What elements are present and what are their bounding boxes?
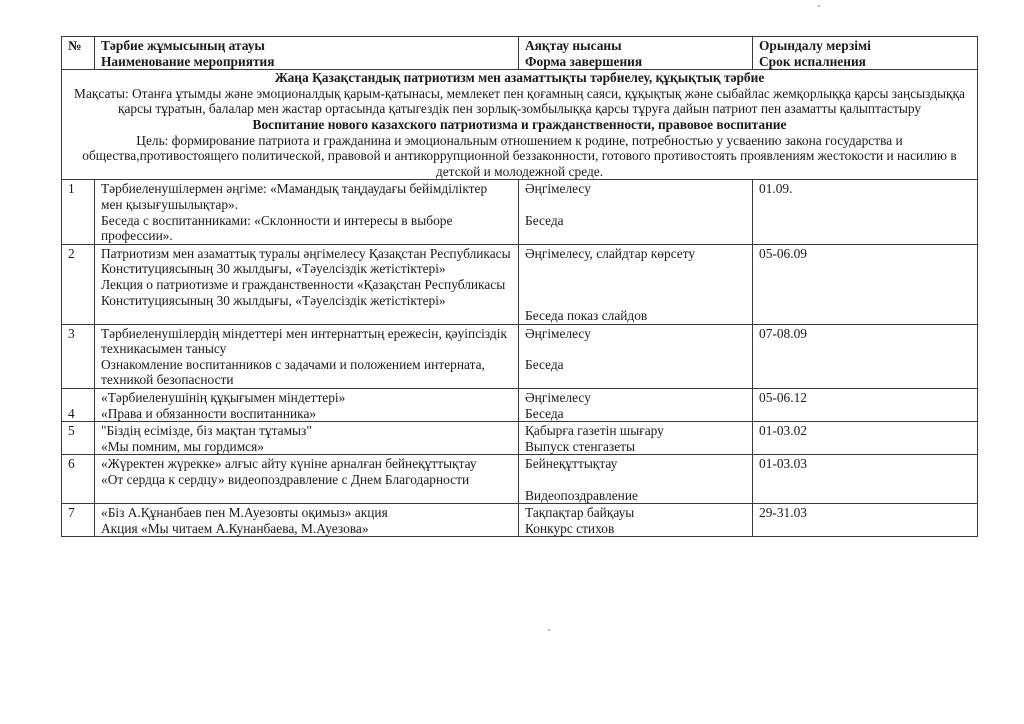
row-form: Әңгімелесу Беседа	[519, 180, 753, 244]
row-form-ru: Видеопоздравление	[525, 488, 746, 504]
row-form: Қабырға газетін шығару Выпуск стенгазеты	[519, 422, 753, 455]
row-date: 07-08.09	[753, 324, 978, 388]
table-row: 3 Тәрбиеленушілердің міндеттері мен инте…	[62, 324, 978, 388]
header-num: №	[62, 37, 95, 70]
row-name-kz: "Біздің есімізде, біз мақтан тұтамыз"	[101, 423, 512, 439]
row-form-ru: Выпуск стенгазеты	[525, 439, 746, 455]
scan-speck	[548, 629, 550, 631]
row-num: 5	[62, 422, 95, 455]
row-name-kz: «Біз А.Құнанбаев пен М.Ауезовты оқимыз» …	[101, 505, 512, 521]
row-form: Тақпақтар байқауы Конкурс стихов	[519, 504, 753, 537]
header-date-ru: Срок испалнения	[759, 54, 971, 70]
row-num: 1	[62, 180, 95, 244]
row-form-kz: Қабырға газетін шығару	[525, 423, 746, 439]
header-form-kz: Аяқтау нысаны	[525, 38, 746, 54]
row-name: «Біз А.Құнанбаев пен М.Ауезовты оқимыз» …	[95, 504, 519, 537]
row-name: Патриотизм мен азаматтық туралы әңгімеле…	[95, 244, 519, 324]
document-page: № Тәрбие жұмысының атауы Наименование ме…	[61, 36, 977, 537]
header-name: Тәрбие жұмысының атауы Наименование меро…	[95, 37, 519, 70]
row-name-ru: Акция «Мы читаем А.Кунанбаева, М.Ауезова…	[101, 521, 512, 537]
table-row: 1 Тәрбиеленушілермен әңгіме: «Мамандық т…	[62, 180, 978, 244]
section-title-ru: Воспитание нового казахского патриотизма…	[70, 117, 969, 133]
row-name-kz: «Жүректен жүрекке» алғыс айту күніне арн…	[101, 456, 512, 472]
row-form-kz: Әңгімелесу	[525, 326, 746, 342]
row-name: "Біздің есімізде, біз мақтан тұтамыз" «М…	[95, 422, 519, 455]
row-form: Әңгімелесу Беседа	[519, 389, 753, 422]
row-form-kz: Тақпақтар байқауы	[525, 505, 746, 521]
header-form: Аяқтау нысаны Форма завершения	[519, 37, 753, 70]
header-date: Орындалу мерзімі Срок испалнения	[753, 37, 978, 70]
row-name-ru: Беседа с воспитанниками: «Склонности и и…	[101, 213, 512, 244]
table-row: 7 «Біз А.Құнанбаев пен М.Ауезовты оқимыз…	[62, 504, 978, 537]
row-num: 2	[62, 244, 95, 324]
row-form-ru: Беседа показ слайдов	[525, 308, 746, 324]
section-title-kz: Жаңа Қазақстандық патриотизм мен азаматт…	[70, 70, 969, 86]
table-row: 4 «Тәрбиеленушінің құқығымен міндеттері»…	[62, 389, 978, 422]
scan-speck	[818, 5, 820, 7]
row-num: 4	[62, 389, 95, 422]
table-row: 5 "Біздің есімізде, біз мақтан тұтамыз" …	[62, 422, 978, 455]
row-form: Әңгімелесу, слайдтар көрсету Беседа пока…	[519, 244, 753, 324]
row-num: 7	[62, 504, 95, 537]
section-row: Жаңа Қазақстандық патриотизм мен азаматт…	[62, 70, 978, 180]
row-form-ru: Беседа	[525, 357, 746, 373]
header-form-ru: Форма завершения	[525, 54, 746, 70]
row-name: Тәрбиеленушілермен әңгіме: «Мамандық таң…	[95, 180, 519, 244]
table-header-row: № Тәрбие жұмысының атауы Наименование ме…	[62, 37, 978, 70]
row-form-ru: Беседа	[525, 213, 746, 229]
header-date-kz: Орындалу мерзімі	[759, 38, 971, 54]
row-date: 01.09.	[753, 180, 978, 244]
row-date: 01-03.02	[753, 422, 978, 455]
row-date: 05-06.09	[753, 244, 978, 324]
events-table: № Тәрбие жұмысының атауы Наименование ме…	[61, 36, 978, 537]
row-name: «Тәрбиеленушінің құқығымен міндеттері» «…	[95, 389, 519, 422]
row-form-kz: Әңгімелесу	[525, 181, 746, 197]
row-name-ru: Лекция о патриотизме и гражданственности…	[101, 277, 512, 308]
row-name-ru: «От сердца к сердцу» видеопоздравление с…	[101, 472, 512, 488]
section-goal-ru: Цель: формирование патриота и гражданина…	[70, 133, 969, 180]
row-name-ru: «Права и обязанности воспитанника»	[101, 406, 512, 422]
row-form-kz: Әңгімелесу, слайдтар көрсету	[525, 246, 746, 262]
row-form-ru: Беседа	[525, 406, 746, 422]
row-name: Тәрбиеленушілердің міндеттері мен интерн…	[95, 324, 519, 388]
row-form-kz: Әңгімелесу	[525, 390, 746, 406]
table-row: 2 Патриотизм мен азаматтық туралы әңгіме…	[62, 244, 978, 324]
row-form-kz: Бейнеқұттықтау	[525, 456, 746, 472]
row-form: Әңгімелесу Беседа	[519, 324, 753, 388]
row-name-kz: Тәрбиеленушілердің міндеттері мен интерн…	[101, 326, 512, 357]
row-form-ru: Конкурс стихов	[525, 521, 746, 537]
section-cell: Жаңа Қазақстандық патриотизм мен азаматт…	[62, 70, 978, 180]
header-name-ru: Наименование мероприятия	[101, 54, 512, 70]
row-date: 29-31.03	[753, 504, 978, 537]
row-name-ru: Ознакомление воспитанников с задачами и …	[101, 357, 512, 388]
row-date: 05-06.12	[753, 389, 978, 422]
row-name-kz: «Тәрбиеленушінің құқығымен міндеттері»	[101, 390, 512, 406]
row-date: 01-03.03	[753, 455, 978, 504]
row-form: Бейнеқұттықтау Видеопоздравление	[519, 455, 753, 504]
row-name-kz: Патриотизм мен азаматтық туралы әңгімеле…	[101, 246, 512, 277]
row-name: «Жүректен жүрекке» алғыс айту күніне арн…	[95, 455, 519, 504]
row-num: 3	[62, 324, 95, 388]
table-row: 6 «Жүректен жүрекке» алғыс айту күніне а…	[62, 455, 978, 504]
row-name-ru: «Мы помним, мы гордимся»	[101, 439, 512, 455]
row-name-kz: Тәрбиеленушілермен әңгіме: «Мамандық таң…	[101, 181, 512, 212]
section-goal-kz: Мақсаты: Отанға ұтымды және эмоционалдық…	[70, 86, 969, 117]
header-name-kz: Тәрбие жұмысының атауы	[101, 38, 512, 54]
row-num: 6	[62, 455, 95, 504]
